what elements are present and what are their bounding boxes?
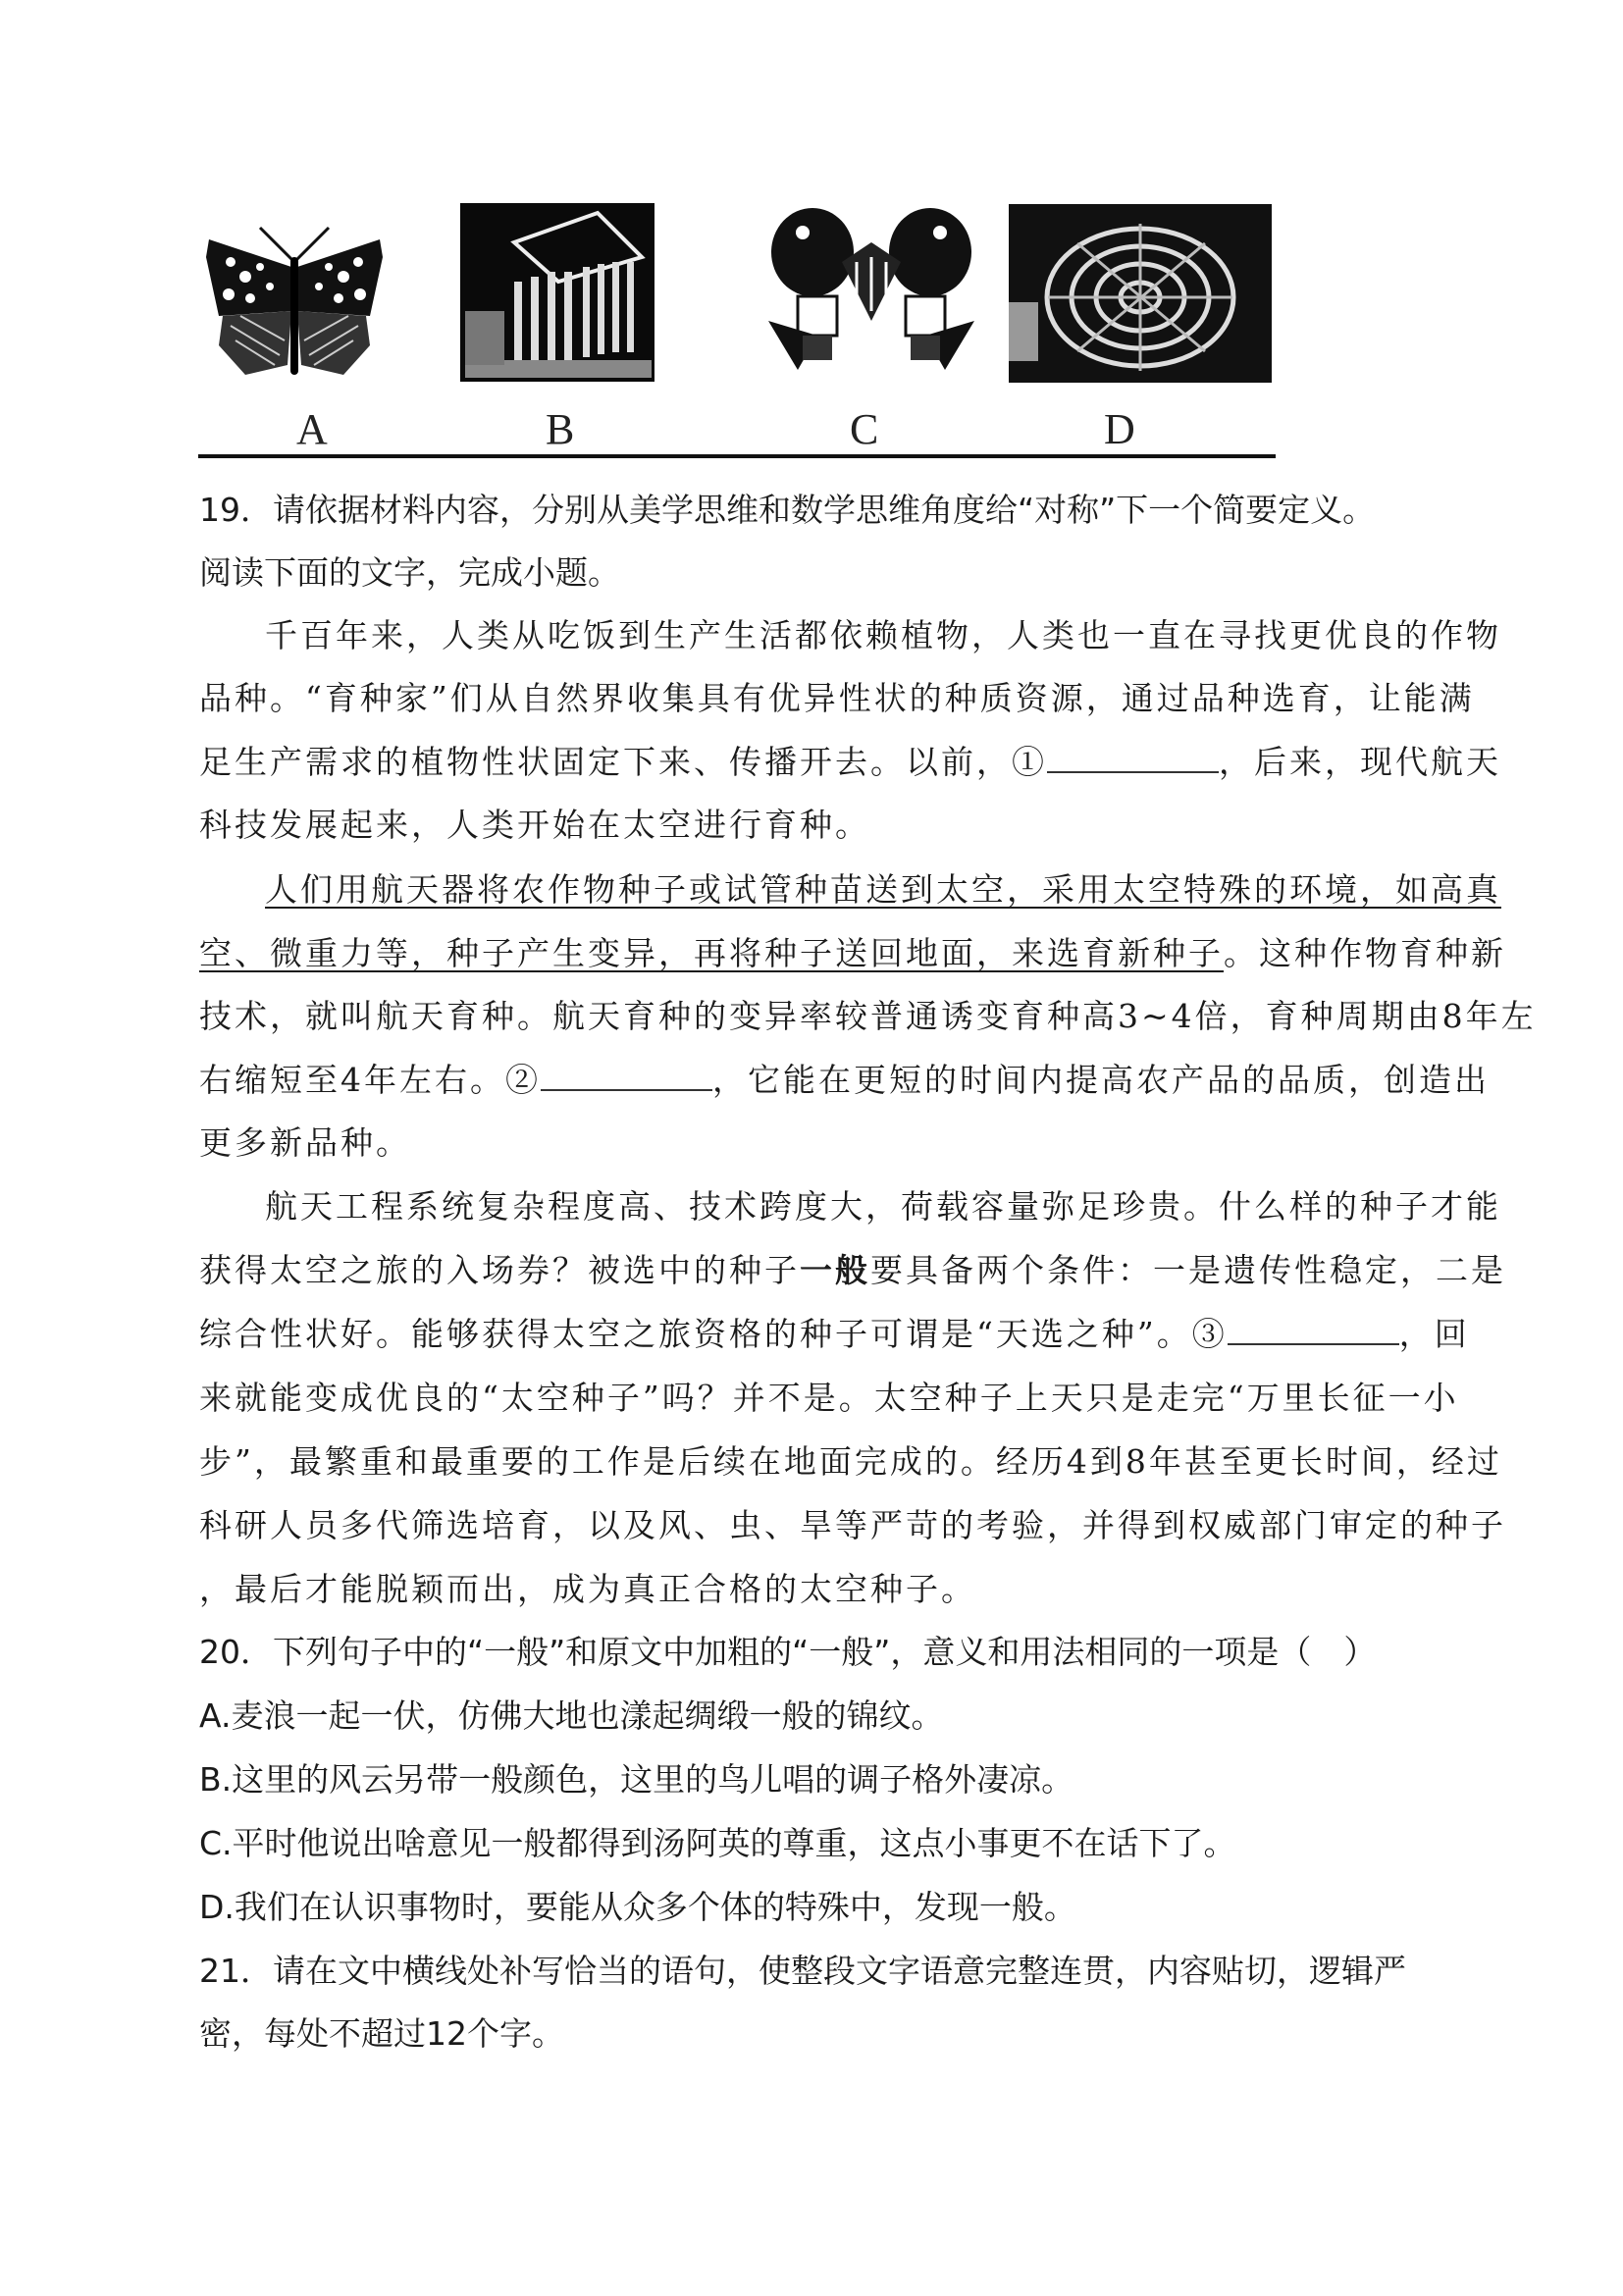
passage-text: ，回 (1399, 1315, 1470, 1353)
passage-text: ，后来，现代航天 (1219, 743, 1501, 781)
passage-p3-line-5: 步”，最繁重和最重要的工作是后续在地面完成的。经历4到8年甚至更长时间，经过 (199, 1442, 1502, 1482)
passage-p3-line-7: ，最后才能脱颖而出，成为真正合格的太空种子。 (199, 1570, 976, 1609)
fill-blank-3[interactable] (1228, 1316, 1399, 1345)
passage-p1-line-3: 足生产需求的植物性状固定下来、传播开去。以前，①，后来，现代航天 (199, 743, 1501, 782)
question-21-line-2: 密，每处不超过12个字。 (199, 2014, 564, 2054)
question-20-option-c[interactable]: C.平时他说出啥意见一般都得到汤阿英的尊重，这点小事更不在话下了。 (199, 1824, 1236, 1863)
underlined-sentence: 人们用航天器将农作物种子或试管种苗送到太空，采用太空特殊的环境，如高真 (265, 870, 1501, 909)
passage-p3-line-1: 航天工程系统复杂程度高、技术跨度大，荷载容量弥足珍贵。什么样的种子才能 (265, 1187, 1501, 1226)
passage-p2-line-1: 人们用航天器将农作物种子或试管种苗送到太空，采用太空特殊的环境，如高真 (265, 870, 1501, 910)
reading-instruction: 阅读下面的文字，完成小题。 (199, 553, 620, 593)
figure-label-c: C (850, 404, 878, 454)
passage-p2-line-5: 更多新品种。 (199, 1123, 411, 1163)
passage-p1-line-2: 品种。“育种家”们从自然界收集具有优异性状的种质资源，通过品种选育，让能满 (199, 679, 1475, 718)
passage-text: 获得太空之旅的入场券？被选中的种子 (199, 1251, 800, 1289)
passage-text: 右缩短至4年左右。 (199, 1061, 505, 1099)
passage-p3-line-2: 获得太空之旅的入场券？被选中的种子一般要具备两个条件：一是遗传性稳定，二是 (199, 1251, 1506, 1290)
figure-a-butterfly (201, 218, 388, 380)
passage-p2-line-2: 空、微重力等，种子产生变异，再将种子送回地面，来选育新种子。这种作物育种新 (199, 934, 1506, 973)
blank-marker-3: ③ (1192, 1315, 1228, 1353)
passage-text: 要具备两个条件：一是遗传性稳定，二是 (870, 1251, 1506, 1289)
figure-label-d: D (1104, 404, 1135, 454)
blank-marker-1: ① (1012, 743, 1047, 781)
passage-text: 综合性状好。能够获得太空之旅资格的种子可谓是“天选之种”。 (199, 1315, 1192, 1353)
passage-p1-line-1: 千百年来，人类从吃饭到生产生活都依赖植物，人类也一直在寻找更优良的作物 (265, 616, 1501, 655)
figure-divider (198, 454, 1276, 458)
question-21-line-1: 21．请在文中横线处补写恰当的语句，使整段文字语意完整连贯，内容贴切，逻辑严 (199, 1952, 1406, 1991)
passage-p3-line-4: 来就能变成优良的“太空种子”吗？并不是。太空种子上天只是走完“万里长征一小 (199, 1379, 1459, 1418)
passage-text: 足生产需求的植物性状固定下来、传播开去。以前， (199, 743, 1012, 781)
fill-blank-2[interactable] (541, 1062, 712, 1091)
figure-b-temple (460, 203, 654, 382)
figure-c-papercut (759, 203, 984, 378)
question-20-option-b[interactable]: B.这里的风云另带一般颜色，这里的鸟儿唱的调子格外凄凉。 (199, 1760, 1073, 1800)
figure-label-a: A (296, 404, 328, 454)
question-20-option-d[interactable]: D.我们在认识事物时，要能从众多个体的特殊中，发现一般。 (199, 1888, 1076, 1927)
question-19: 19．请依据材料内容，分别从美学思维和数学思维角度给“对称”下一个简要定义。 (199, 491, 1375, 530)
passage-text: 。这种作物育种新 (1224, 934, 1506, 972)
blank-marker-2: ② (505, 1061, 541, 1099)
question-20-option-a[interactable]: A.麦浪一起一伏，仿佛大地也漾起绸缎一般的锦纹。 (199, 1696, 943, 1736)
question-20-stem: 20．下列句子中的“一般”和原文中加粗的“一般”，意义和用法相同的一项是（ ） (199, 1633, 1376, 1672)
passage-text: ，它能在更短的时间内提高农产品的品质，创造出 (712, 1061, 1490, 1099)
passage-p2-line-3: 技术，就叫航天育种。航天育种的变异率较普通诱变育种高3~4倍，育种周期由8年左 (199, 997, 1537, 1036)
figure-label-b: B (546, 404, 574, 454)
passage-p3-line-3: 综合性状好。能够获得太空之旅资格的种子可谓是“天选之种”。③，回 (199, 1315, 1470, 1354)
underlined-sentence: 空、微重力等，种子产生变异，再将种子送回地面，来选育新种子 (199, 934, 1224, 972)
fill-blank-1[interactable] (1047, 744, 1219, 773)
passage-p2-line-4: 右缩短至4年左右。②，它能在更短的时间内提高农产品的品质，创造出 (199, 1061, 1490, 1100)
passage-p1-line-4: 科技发展起来，人类开始在太空进行育种。 (199, 806, 870, 845)
bold-term: 一般 (800, 1251, 870, 1289)
passage-p3-line-6: 科研人员多代筛选培育，以及风、虫、旱等严苛的考验，并得到权威部门审定的种子 (199, 1506, 1506, 1545)
figure-d-flower (1009, 204, 1272, 383)
